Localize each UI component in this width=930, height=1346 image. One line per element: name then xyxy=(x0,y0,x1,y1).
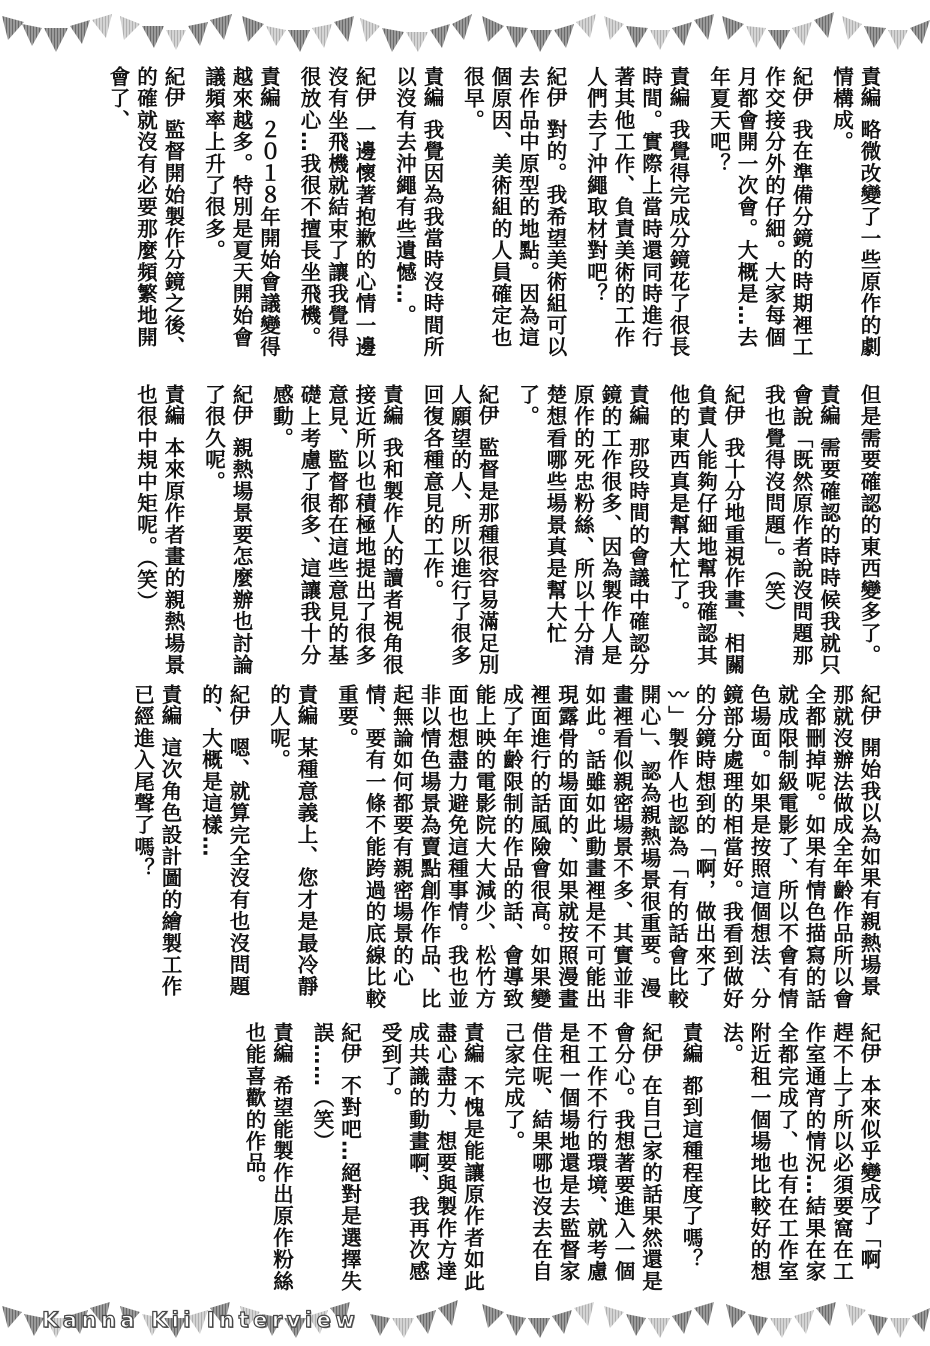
dialogue-text: 但是需要確認的東西變多了。 xyxy=(857,384,881,666)
dialogue-text: 我覺因為我當時沒時間所以沒有去沖繩有些遺憾…。 xyxy=(393,66,445,358)
dialogue-text: 這次角色設計圖的繪製工作已經進入尾聲了嗎？ xyxy=(131,684,183,997)
dialogue-kii: 紀伊嗯、就算完全沒有也沒問題的、大概是這樣… xyxy=(196,684,251,1014)
speaker-label: 紀伊 xyxy=(475,384,499,425)
text-block-row-4: 紀伊本來似乎變成了「啊 趕不上了所以必須要窩在工作室通宵的情況…結果在家全都完成… xyxy=(48,1022,882,1297)
dialogue-text: 嗯、就算完全沒有也沒問題的、大概是這樣… xyxy=(199,684,251,997)
speaker-label: 責編 xyxy=(270,1022,294,1063)
speaker-label: 紀伊 xyxy=(857,684,881,725)
dialogue-kii: 紀伊本來似乎變成了「啊 趕不上了所以必須要窩在工作室通宵的情況…結果在家全都完成… xyxy=(717,1022,882,1297)
speaker-label: 責編 xyxy=(461,1022,485,1063)
dialogue-text: 監督開始製作分鏡之後、的確就沒有必要那麼頻繁地開會了、 xyxy=(106,66,185,358)
speaker-label: 紀伊 xyxy=(789,66,813,107)
dialogue-editor: 責編我覺因為我當時沒時間所以沒有去沖繩有些遺憾…。 xyxy=(390,66,445,366)
speaker-label: 紀伊 xyxy=(543,66,567,107)
dialogue-editor: 責編希望能製作出原作粉絲也能喜歡的作品。 xyxy=(240,1022,295,1297)
dialogue-editor: 責編需要確認的時時候我就只會說「既然原作者說沒問題那我也覺得沒問題」。（笑） xyxy=(759,384,842,684)
dialogue-text: 我和製作人的讀者視角很接近所以也積極地提出了很多意見、監督都在這些意見的基礎上考… xyxy=(270,384,404,676)
dialogue-kii: 紀伊一邊懷著抱歉的心情一邊沒有坐飛機就結束了讓我覺得很放心…我很不擅長坐飛機。 xyxy=(295,66,378,366)
speaker-label: 責編 xyxy=(257,66,281,107)
speaker-label: 責編 xyxy=(161,384,185,425)
speaker-label: 紀伊 xyxy=(229,384,253,425)
speaker-label: 責編 xyxy=(420,66,444,107)
dialogue-kii: 紀伊對的。我希望美術組可以去作品中原型的地點。因為這個原因、美術組的人員確定也很… xyxy=(458,66,568,366)
speaker-label: 責編 xyxy=(294,684,318,725)
dialogue-text: 需要確認的時時候我就只會說「既然原作者說沒問題那我也覺得沒問題」。（笑） xyxy=(762,384,841,676)
dialogue-kii: 紀伊監督是那種很容易滿足別人願望的人、所以進行了很多回復各種意見的工作。 xyxy=(418,384,501,684)
dialogue-text: 都到這種程度了嗎？ xyxy=(679,1075,703,1270)
dialogue-text: 我在準備分鏡的時期裡工作交接分外的仔細。大家每個月都會開一次會。大概是…去年夏天… xyxy=(707,66,814,358)
dialogue-text: 一邊懷著抱歉的心情一邊沒有坐飛機就結束了讓我覺得很放心…我很不擅長坐飛機。 xyxy=(297,66,376,358)
dialogue-text: 那段時間的會議中確認分鏡的工作很多、因為製作人是原作的死忠粉絲、所以十分清楚想看… xyxy=(516,384,650,676)
dialogue-text: 親熱場景要怎麼辦也討論了很久呢。 xyxy=(202,384,254,676)
dialogue-text: 我十分地重視作畫、相關負責人能夠仔細地幫我確認其他的東西真是幫大忙了。 xyxy=(666,384,745,676)
speaker-label: 紀伊 xyxy=(857,1022,881,1063)
dialogue-kii: 紀伊在自己家的話果然還是會分心。我想著要進入一個不工作不行的環境、就考慮是租一個… xyxy=(499,1022,664,1297)
dialogue-kii: 紀伊我十分地重視作畫、相關負責人能夠仔細地幫我確認其他的東西真是幫大忙了。 xyxy=(664,384,747,684)
dialogue-kii: 紀伊我在準備分鏡的時期裡工作交接分外的仔細。大家每個月都會開一次會。大概是…去年… xyxy=(704,66,814,366)
speaker-label: 紀伊 xyxy=(161,66,185,107)
dialogue-kii: 紀伊監督開始製作分鏡之後、的確就沒有必要那麼頻繁地開會了、 xyxy=(104,66,187,366)
dialogue-text: ２０１８年開始會議變得越來越多。特別是夏天開始會議頻率上升了很多。 xyxy=(202,66,281,358)
dialogue-text: 監督是那種很容易滿足別人願望的人、所以進行了很多回復各種意見的工作。 xyxy=(420,384,499,676)
speaker-label: 責編 xyxy=(380,384,404,425)
dialogue-kii: 紀伊親熱場景要怎麼辦也討論了很久呢。 xyxy=(199,384,254,684)
speaker-label: 責編 xyxy=(626,384,650,425)
dialogue-text: 我覺得完成分鏡花了很長時間。實際上當時還同時進行著其他工作、負責美術的工作人們去… xyxy=(584,66,691,358)
speaker-label: 紀伊 xyxy=(639,1022,663,1063)
dialogue-text: 本來原作者畫的親熱場景也很中規中矩呢。（笑） xyxy=(134,384,186,676)
text-block-row-2: 但是需要確認的東西變多了。 責編需要確認的時時候我就只會說「既然原作者說沒問題那… xyxy=(48,384,882,684)
speaker-label: 紀伊 xyxy=(721,384,745,425)
dialogue-kii: 紀伊不對吧…絕對是選擇失誤……（笑） xyxy=(308,1022,363,1297)
text-block-row-1: 責編略微改變了一些原作的劇情構成。 紀伊我在準備分鏡的時期裡工作交接分外的仔細。… xyxy=(48,66,882,366)
speaker-label: 紀伊 xyxy=(338,1022,362,1063)
bunting-decoration-top xyxy=(0,8,930,58)
dialogue-editor: 責編本來原作者畫的親熱場景也很中規中矩呢。（笑） xyxy=(131,384,186,684)
text-block-row-3: 紀伊開始我以為如果有親熱場景那就沒辦法做成全年齡作品所以會全都刪掉呢。如果有情色… xyxy=(48,684,882,1014)
dialogue-editor: 責編我覺得完成分鏡花了很長時間。實際上當時還同時進行著其他工作、負責美術的工作人… xyxy=(581,66,691,366)
speaker-label: 責編 xyxy=(666,66,690,107)
dialogue-continuation: 但是需要確認的東西變多了。 xyxy=(855,384,883,684)
speaker-label: 責編 xyxy=(158,684,182,725)
dialogue-text: 開始我以為如果有親熱場景那就沒辦法做成全年齡作品所以會全都刪掉呢。如果有情色描寫… xyxy=(335,684,882,1010)
dialogue-text: 對的。我希望美術組可以去作品中原型的地點。因為這個原因、美術組的人員確定也很早。 xyxy=(461,66,568,358)
dialogue-kii: 紀伊開始我以為如果有親熱場景那就沒辦法做成全年齡作品所以會全都刪掉呢。如果有情色… xyxy=(332,684,882,1014)
speaker-label: 責編 xyxy=(817,384,841,425)
speaker-label: 紀伊 xyxy=(352,66,376,107)
dialogue-text: 某種意義上、您才是最冷靜的人呢。 xyxy=(267,684,319,997)
dialogue-editor: 責編我和製作人的讀者視角很接近所以也積極地提出了很多意見、監督都在這些意見的基礎… xyxy=(267,384,405,684)
dialogue-editor: 責編２０１８年開始會議變得越來越多。特別是夏天開始會議頻率上升了很多。 xyxy=(199,66,282,366)
dialogue-text: 略微改變了一些原作的劇情構成。 xyxy=(830,66,882,358)
footer-title: Kanna Kii Interview xyxy=(42,1308,359,1332)
dialogue-editor: 責編某種意義上、您才是最冷靜的人呢。 xyxy=(264,684,319,1014)
speaker-label: 責編 xyxy=(857,66,881,107)
dialogue-editor: 責編這次角色設計圖的繪製工作已經進入尾聲了嗎？ xyxy=(128,684,183,1014)
speaker-label: 責編 xyxy=(679,1022,703,1063)
speaker-label: 紀伊 xyxy=(226,684,250,725)
dialogue-editor: 責編都到這種程度了嗎？ xyxy=(677,1022,705,1297)
dialogue-editor: 責編那段時間的會議中確認分鏡的工作很多、因為製作人是原作的死忠粉絲、所以十分清楚… xyxy=(513,384,651,684)
dialogue-editor: 責編略微改變了一些原作的劇情構成。 xyxy=(827,66,882,366)
dialogue-editor: 責編不愧是能讓原作者如此盡心盡力、想要與製作方達成共識的動畫啊、我再次感受到了。 xyxy=(376,1022,486,1297)
